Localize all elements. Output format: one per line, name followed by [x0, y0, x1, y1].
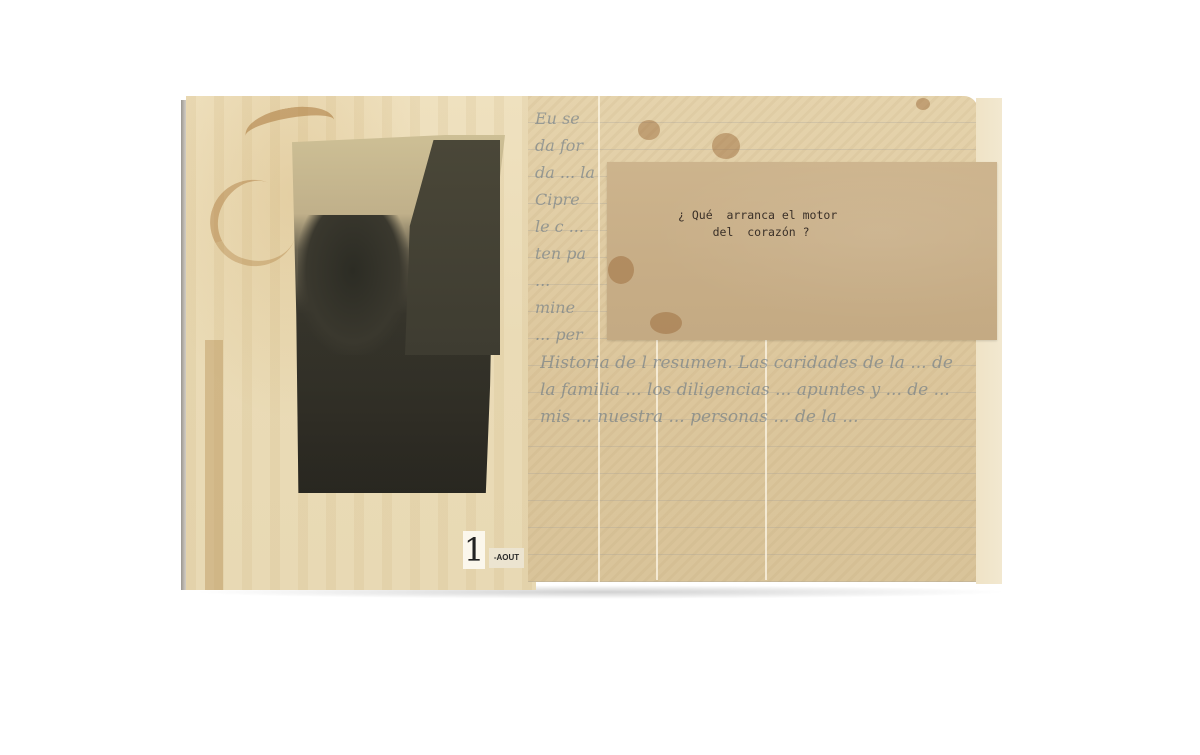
date-month-label: -AOUT: [489, 548, 524, 568]
tape-stain: [205, 340, 223, 590]
coffee-stain: [638, 120, 660, 140]
coffee-stain: [608, 256, 634, 284]
typed-line-2: del corazón ?: [678, 225, 810, 239]
coffee-stain: [916, 98, 930, 110]
typed-question: ¿ Qué arranca el motor del corazón ?: [678, 207, 837, 241]
date-day-label: 1: [463, 531, 485, 569]
typed-line-1: ¿ Qué arranca el motor: [678, 208, 837, 222]
coffee-stain: [712, 133, 740, 159]
coffee-stain: [650, 312, 682, 334]
handwriting-body: Historia de l resumen. Las caridades de …: [540, 350, 970, 575]
photo-trees-left: [298, 215, 408, 355]
handwriting-fragment-top: Eu se da for da ... la Cipre le c ... te…: [535, 105, 595, 345]
